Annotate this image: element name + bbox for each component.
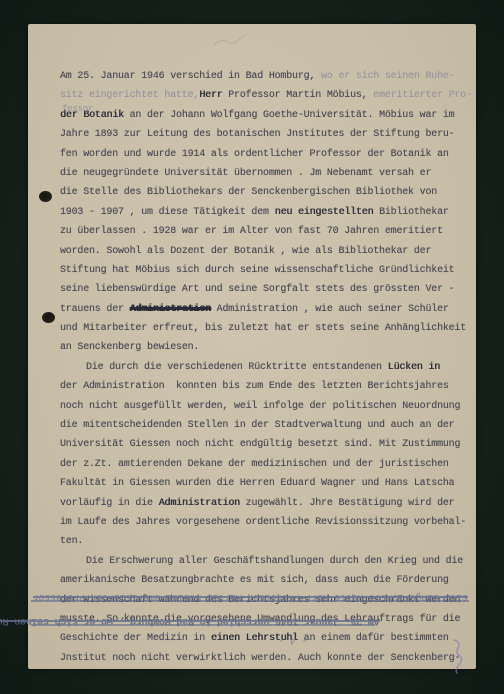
text-segment: zugewählt. Jhre Bestätigung wird der <box>240 498 455 509</box>
text-segment: Jnstitut noch nicht verwirktlich werden.… <box>60 653 460 664</box>
text-segment: ten. <box>60 536 83 547</box>
document-line: noch nicht ausgefüllt werden, weil infol… <box>60 397 474 416</box>
paper-sheet: Am 25. Januar 1946 verschied in Bad Homb… <box>28 24 476 669</box>
document-line: ten. <box>60 532 474 551</box>
document-line: Jnstitut noch nicht verwirktlich werden.… <box>60 649 474 668</box>
document-line: amerikanische Besatzungbrachte es mit si… <box>60 571 474 590</box>
text-segment: Geschichte der Medizin in <box>60 633 211 644</box>
text-segment: Universität Giessen noch nicht endgültig… <box>60 439 460 450</box>
document-line: im Laufe des Jahres vorgesehene ordentli… <box>60 513 474 532</box>
text-segment: sitz eingerichtet hatte, <box>60 90 199 101</box>
text-segment: seine liebenswürdige Art und seine Sorgf… <box>60 284 454 295</box>
document-line: Die Erschwerung aller Geschäftshandlunge… <box>60 552 474 571</box>
document-line: Jahre 1893 zur Leitung des botanischen J… <box>60 125 474 144</box>
text-segment: emeritierter Pro- <box>367 90 471 101</box>
document-line: der Botanik an der Johann Wolfgang Goeth… <box>60 106 474 125</box>
text-segment: Am 25. Januar 1946 verschied in Bad Homb… <box>60 71 321 82</box>
text-segment: an der Johann Wolfgang Goethe-Universitä… <box>130 110 455 121</box>
document-line: die Stelle des Bibliothekars der Sencken… <box>60 183 474 202</box>
document-line: Universität Giessen noch nicht endgültig… <box>60 435 474 454</box>
document-line: sitz eingerichtet hatte,Herr Professor M… <box>60 86 474 105</box>
text-segment: Die Erschwerung aller Geschäftshandlunge… <box>86 556 463 567</box>
text-segment: Lücken in <box>388 362 440 373</box>
text-segment: Administration , wie auch seiner Schüler <box>211 304 449 315</box>
typed-text: Am 25. Januar 1946 verschied in Bad Homb… <box>60 67 474 668</box>
text-segment: vorläufig in die <box>60 498 159 509</box>
text-segment: Fakultät in Giessen wurden die Herren Ed… <box>60 478 454 489</box>
text-segment: Administration <box>130 304 211 315</box>
document-line: 1903 - 1907 , um diese Tätigkeit dem neu… <box>60 203 474 222</box>
text-segment: Stiftung hat Möbius sich durch seine wis… <box>60 265 454 276</box>
document-line: fen worden und wurde 1914 als ordentlich… <box>60 145 474 164</box>
document-line: und Mitarbeiter erfreut, bis zuletzt hat… <box>60 319 474 338</box>
text-segment: der z.Zt. amtierenden Dekane der medizin… <box>60 459 449 470</box>
text-segment: im Laufe des Jahres vorgesehene ordentli… <box>60 517 466 528</box>
document-line: Die durch die verschiedenen Rücktritte e… <box>60 358 474 377</box>
text-segment: fen worden und wurde 1914 als ordentlich… <box>60 149 449 160</box>
text-segment: der Administration konnten bis zum Ende … <box>60 381 449 392</box>
text-segment: Bibliothekar <box>373 207 448 218</box>
document-line: an Senckenberg bewiesen. <box>60 338 474 357</box>
document-line: vorläufig in die Administration zugewähl… <box>60 494 474 513</box>
strike-line <box>31 600 469 602</box>
text-segment: noch nicht ausgefüllt werden, weil infol… <box>60 401 460 412</box>
document-line: zu überlassen . 1928 war er im Alter von… <box>60 222 474 241</box>
text-segment: Professor Martin Möbius, <box>222 90 367 101</box>
transfer-page-number: - 4 - <box>258 634 328 645</box>
punch-hole-top-icon <box>39 191 52 202</box>
text-segment: die Stelle des Bibliothekars der Sencken… <box>60 187 437 198</box>
document-line: Fakultät in Giessen wurden die Herren Ed… <box>60 474 474 493</box>
punch-hole-bottom-icon <box>42 312 55 323</box>
text-segment: worden. Sowohl als Dozent der Botanik , … <box>60 246 431 257</box>
document-line: seine liebenswürdige Art und seine Sorgf… <box>60 280 474 299</box>
inserted-correction: fessor <box>62 104 93 114</box>
document-line: die neugegründete Universität übernommen… <box>60 164 474 183</box>
document-line: Stiftung hat Möbius sich durch seine wis… <box>60 261 474 280</box>
document-line: der z.Zt. amtierenden Dekane der medizin… <box>60 455 474 474</box>
text-segment: 1903 - 1907 , um diese Tätigkeit dem <box>60 207 275 218</box>
pen-mark-icon <box>446 636 468 676</box>
text-segment: Administration <box>159 498 240 509</box>
pencil-mark-icon <box>210 32 252 50</box>
text-segment: Die durch die verschiedenen Rücktritte e… <box>86 362 388 373</box>
text-segment: trauens der <box>60 304 130 315</box>
text-segment: die mitentscheidenden Stellen in der Sta… <box>60 420 454 431</box>
document-line: worden. Sowohl als Dozent der Botanik , … <box>60 242 474 261</box>
text-segment: die neugegründete Universität übernommen… <box>60 168 431 179</box>
document-line: Am 25. Januar 1946 verschied in Bad Homb… <box>60 67 474 86</box>
strike-line <box>31 624 375 626</box>
text-segment: und Mitarbeiter erfreut, bis zuletzt hat… <box>60 323 466 334</box>
text-segment: wo er sich seinen Ruhe- <box>321 71 454 82</box>
text-segment: Herr <box>199 90 222 101</box>
document-line: trauens der Administration Administratio… <box>60 300 474 319</box>
text-segment: neu eingestellten <box>275 207 374 218</box>
text-segment: zu überlassen . 1928 war er im Alter von… <box>60 226 443 237</box>
document-line: die mitentscheidenden Stellen in der Sta… <box>60 416 474 435</box>
document-line: der Administration konnten bis zum Ende … <box>60 377 474 396</box>
text-segment: amerikanische Besatzungbrachte es mit si… <box>60 575 449 586</box>
text-segment: Jahre 1893 zur Leitung des botanischen J… <box>60 129 454 140</box>
text-segment: an Senckenberg bewiesen. <box>60 342 199 353</box>
